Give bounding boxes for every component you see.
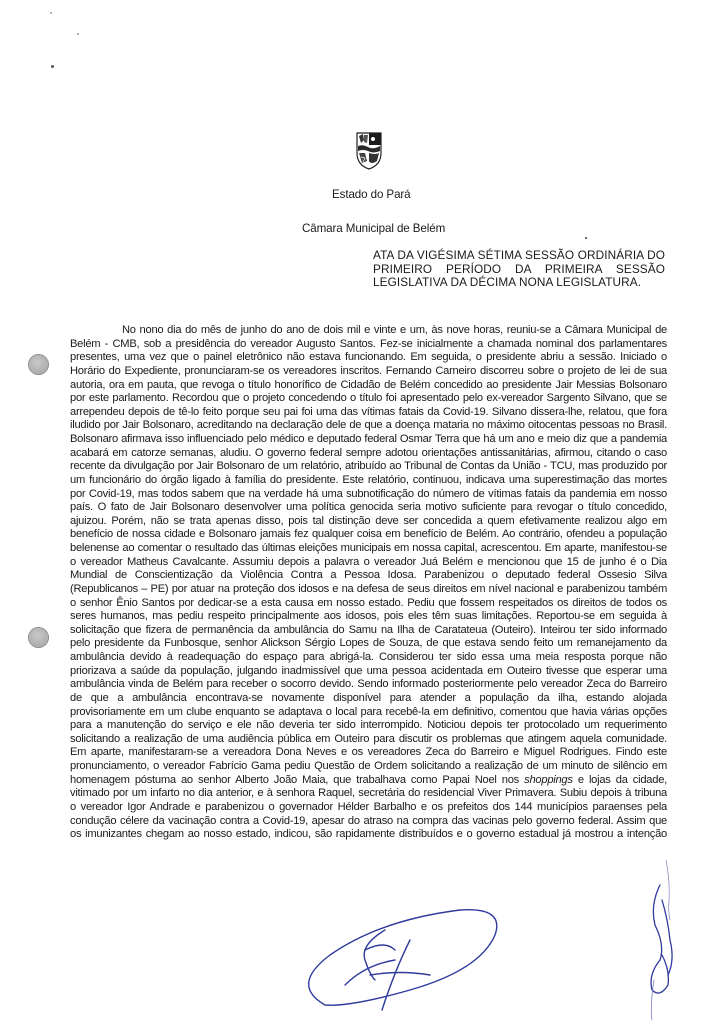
body-line: o vereador Igor Andrade e parabenizou o … [70, 801, 667, 815]
body-line: por Covid-19, mas todos sabem que na ver… [70, 488, 667, 502]
body-line: (Republicanos – PE) por atuar na proteçã… [70, 583, 667, 597]
body-line: ajuizou. Porém, não se trata apenas diss… [70, 515, 667, 529]
session-title: ATA DA VIGÉSIMA SÉTIMA SESSÃO ORDINÁRIA … [373, 249, 665, 290]
stray-dot [585, 237, 587, 239]
rubric-icon [640, 880, 690, 1024]
body-line: solicitação que fizera de permanência da… [70, 624, 667, 638]
italic-term: shoppings [524, 774, 573, 786]
title-line: LEGISLATIVA DA DÉCIMA NONA LEGISLATURA. [373, 276, 665, 290]
signature-icon [270, 905, 510, 1015]
body-line: um funcionário do órgão ligado à família… [70, 474, 667, 488]
body-line: Bolsonaro afirmava isso influenciado pel… [70, 433, 667, 447]
body-line: provisoriamente em um clube enquanto se … [70, 706, 667, 720]
body-line: vitimado por um infarto no dia anterior,… [70, 787, 667, 801]
scan-speck [50, 12, 52, 14]
body-line: país. O fato de Jair Bolsonaro desenvolv… [70, 501, 667, 515]
body-line: ambulância devido à readequação do espaç… [70, 651, 667, 665]
body-line: ambulância vinda de Belém para receber o… [70, 678, 667, 692]
body-line: seres humanos, mas pediu respeito princi… [70, 610, 667, 624]
scan-speck [77, 33, 79, 35]
body-line: acabará em catorze semanas, aludiu. O go… [70, 447, 667, 461]
body-line: por este parlamento. Recordou que o proj… [70, 392, 667, 406]
chamber-name: Câmara Municipal de Belém [302, 222, 445, 235]
body-line: iludido por Jair Bolsonaro, acreditando … [70, 419, 667, 433]
body-line: homenagem póstuma ao senhor Alberto João… [70, 774, 667, 788]
punch-hole-bottom [29, 628, 48, 647]
body-line: autoria, ora em pauta, que revoga o títu… [70, 379, 667, 393]
body-line: presentes, uma vez que o painel eletrôni… [70, 351, 667, 365]
punch-hole-top [29, 355, 48, 374]
body-line: Belém - CMB, sob a presidência do veread… [70, 338, 667, 352]
body-line: benefício de nossa cidade e Bolsonaro ja… [70, 528, 667, 542]
minutes-body: No nono dia do mês de junho do ano de do… [70, 324, 667, 842]
title-line: PRIMEIRO PERÍODO DA PRIMEIRA SESSÃO [373, 263, 665, 277]
body-line: pronunciamento, o vereador Fabrício Gama… [70, 760, 667, 774]
body-line: condução célere da vacinação contra a Co… [70, 815, 667, 829]
body-line: para a manutenção do serviço e ele não d… [70, 719, 667, 733]
state-name: Estado do Pará [332, 188, 411, 201]
body-line: Mundial de Conscientização da Violência … [70, 569, 667, 583]
body-line: arrependeu depois de tê-lo feito porque … [70, 406, 667, 420]
body-line: o vereador Matheus Cavalcante. Assumiu d… [70, 556, 667, 570]
coat-of-arms-icon [355, 131, 383, 170]
body-line: de que a ambulância encontrava-se novame… [70, 692, 667, 706]
body-line: recente da divulgação por Jair Bolsonaro… [70, 460, 667, 474]
scan-speck [51, 65, 54, 68]
body-line: solicitando a realização de uma audiênci… [70, 733, 667, 747]
body-line: pelo presidente da Funbosque, senhor Ali… [70, 637, 667, 651]
body-line: Em aparte, manifestaram-se a vereadora D… [70, 746, 667, 760]
body-line: Horário do Expediente, pronunciaram-se o… [70, 365, 667, 379]
body-line: belenense ao comentar o resultado das úl… [70, 542, 667, 556]
body-line: priorizava a saúde da população, julgand… [70, 665, 667, 679]
title-line: ATA DA VIGÉSIMA SÉTIMA SESSÃO ORDINÁRIA … [373, 249, 665, 263]
body-line: o senhor Ênio Santos por dedicar-se a es… [70, 597, 667, 611]
body-line: No nono dia do mês de junho do ano de do… [70, 324, 667, 338]
body-line: os imunizantes chegam ao nosso estado, i… [70, 828, 667, 842]
